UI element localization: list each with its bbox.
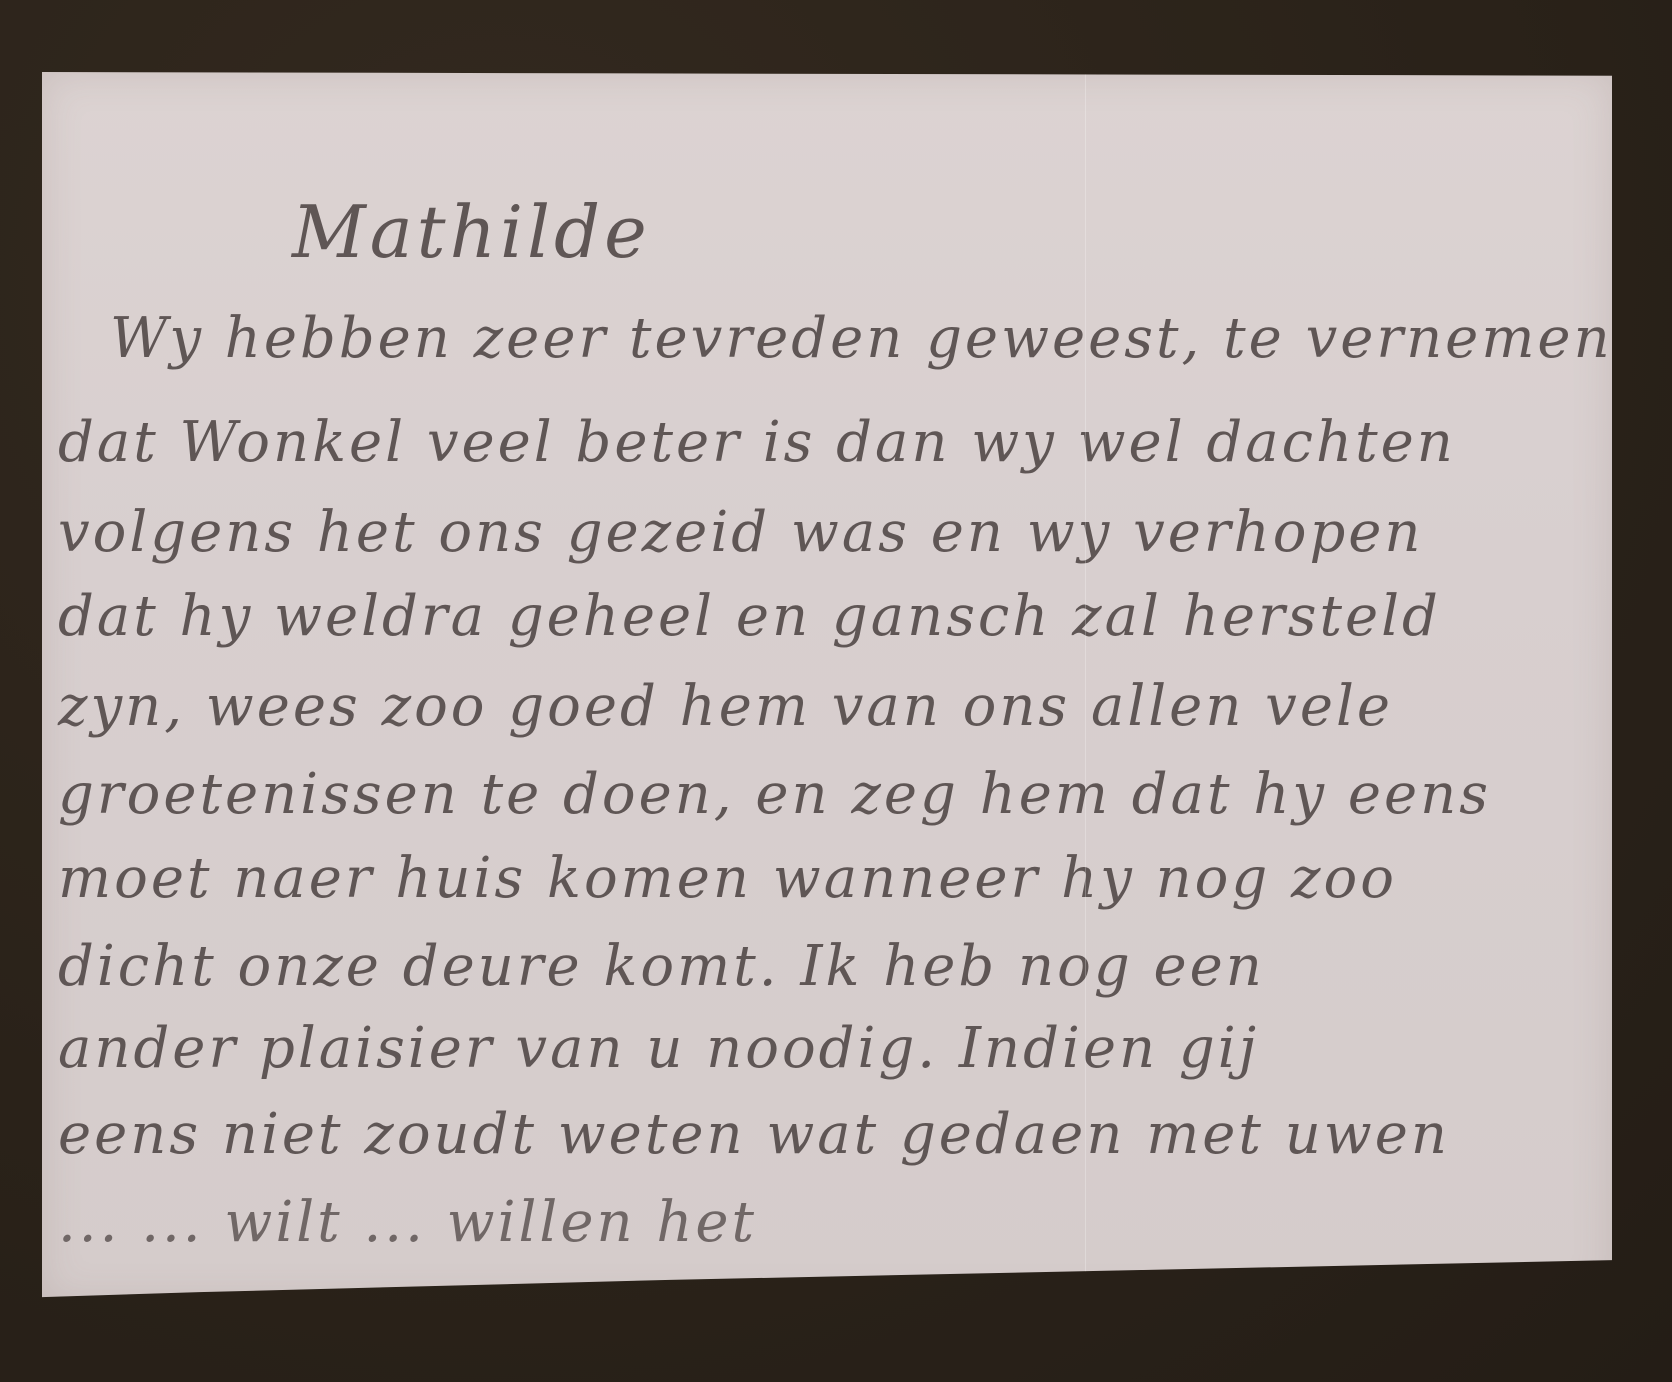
letter-line-4: dat hy weldra geheel en gansch zal herst… xyxy=(58,584,1441,649)
letter-line-6: groetenissen te doen, en zeg hem dat hy … xyxy=(58,762,1491,827)
letter-line-8: dicht onze deure komt. Ik heb nog een xyxy=(58,934,1265,999)
letter-line-11-cutoff: ... ... wilt ... willen het xyxy=(58,1190,757,1255)
letter-line-1: Wy hebben zeer tevreden geweest, te vern… xyxy=(110,306,1613,371)
letter-line-3: volgens het ons gezeid was en wy verhope… xyxy=(58,500,1424,565)
letter-line-5: zyn, wees zoo goed hem van ons allen vel… xyxy=(58,674,1393,739)
letter-salutation: Mathilde xyxy=(292,190,651,274)
letter-line-9: ander plaisier van u noodig. Indien gij xyxy=(58,1016,1259,1081)
letter-line-10: eens niet zoudt weten wat gedaen met uwe… xyxy=(58,1102,1450,1167)
letter-line-7: moet naer huis komen wanneer hy nog zoo xyxy=(58,846,1397,911)
scan-background: Mathilde Wy hebben zeer tevreden geweest… xyxy=(0,0,1672,1382)
letter-paper: Mathilde Wy hebben zeer tevreden geweest… xyxy=(42,72,1612,1302)
letter-line-2: dat Wonkel veel beter is dan wy wel dach… xyxy=(58,410,1456,475)
